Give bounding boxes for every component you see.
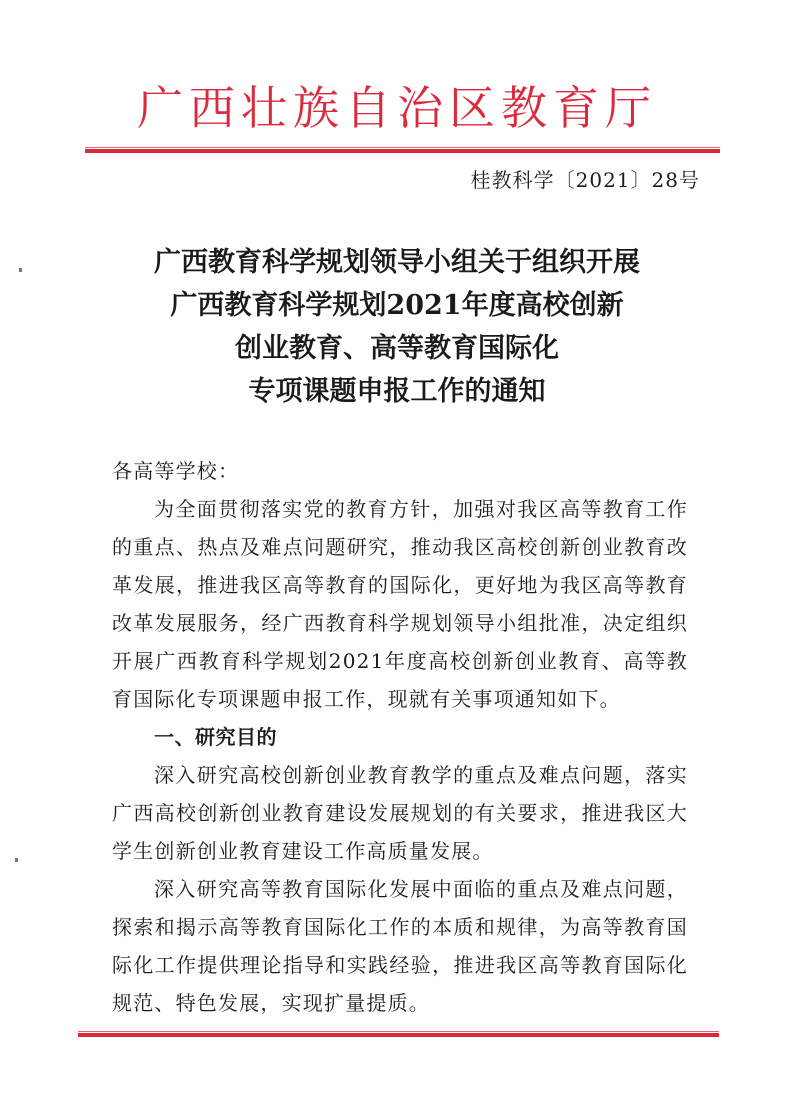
top-red-rule xyxy=(85,147,720,154)
document-page: 广西壮族自治区教育厅 桂教科学〔2021〕28号 广西教育科学规划领导小组关于组… xyxy=(0,0,794,1108)
intro-paragraph: 为全面贯彻落实党的教育方针，加强对我区高等教育工作的重点、热点及难点问题研究，推… xyxy=(112,490,688,718)
rule-thick-line xyxy=(85,149,720,153)
title-line-3: 创业教育、高等教育国际化 xyxy=(0,327,794,370)
rule-thin-line xyxy=(78,1031,719,1032)
rule-thick-line xyxy=(78,1033,719,1037)
rule-thin-line xyxy=(85,147,720,148)
title-line-4: 专项课题申报工作的通知 xyxy=(0,370,794,413)
salutation: 各高等学校： xyxy=(112,452,688,490)
section-heading-research-purpose: 一、研究目的 xyxy=(112,718,688,756)
binding-hole-mark xyxy=(19,268,22,272)
document-number: 桂教科学〔2021〕28号 xyxy=(471,166,700,194)
section-paragraph-2: 深入研究高等教育国际化发展中面临的重点及难点问题，探索和揭示高等教育国际化工作的… xyxy=(112,870,688,1022)
document-body: 各高等学校： 为全面贯彻落实党的教育方针，加强对我区高等教育工作的重点、热点及难… xyxy=(112,452,688,1022)
issuer-masthead: 广西壮族自治区教育厅 xyxy=(0,78,794,138)
binding-hole-mark xyxy=(15,858,18,862)
document-title: 广西教育科学规划领导小组关于组织开展 广西教育科学规划2021年度高校创新 创业… xyxy=(0,241,794,413)
section-paragraph-1: 深入研究高校创新创业教育教学的重点及难点问题，落实广西高校创新创业教育建设发展规… xyxy=(112,756,688,870)
title-line-2: 广西教育科学规划2021年度高校创新 xyxy=(0,284,794,327)
title-line-1: 广西教育科学规划领导小组关于组织开展 xyxy=(0,241,794,284)
bottom-red-rule xyxy=(78,1031,719,1038)
